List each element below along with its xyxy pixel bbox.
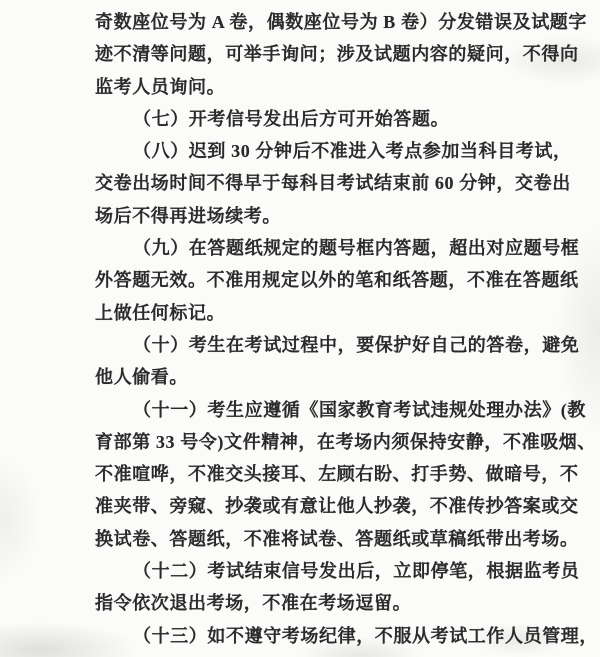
text-line: 准夹带、旁窥、抄袭或有意让他人抄袭，不准传抄答案或交 bbox=[95, 490, 591, 522]
text-line: 迹不清等问题，可举手询问；涉及试题内容的疑问，不得向 bbox=[95, 38, 591, 70]
text-line: 换试卷、答题纸，不准将试卷、答题纸或草稿纸带出考场。 bbox=[95, 523, 591, 555]
text-line: 交卷出场时间不得早于每科目考试结束前 60 分钟，交卷出 bbox=[95, 167, 591, 199]
text-line: 外答题无效。不准用规定以外的笔和纸答题，不准在答题纸 bbox=[95, 264, 591, 296]
text-line: （九）在答题纸规定的题号框内答题，超出对应题号框 bbox=[95, 232, 591, 264]
text-line: （八）迟到 30 分钟后不准进入考点参加当科目考试， bbox=[95, 135, 591, 167]
text-line: 监考人员询问。 bbox=[95, 71, 591, 103]
text-line: 场后不得再进场续考。 bbox=[95, 200, 591, 232]
text-line: （十一）考生应遵循《国家教育考试违规处理办法》(教 bbox=[95, 394, 591, 426]
text-line: （七）开考信号发出后方可开始答题。 bbox=[95, 103, 591, 135]
text-line: 上做任何标记。 bbox=[95, 297, 591, 329]
document-page: 奇数座位号为 A 卷，偶数座位号为 B 卷）分发错误及试题字 迹不清等问题，可举… bbox=[0, 0, 600, 657]
text-line: （十）考生在考试过程中，要保护好自己的答卷，避免 bbox=[95, 329, 591, 361]
text-line: 不准喧哗，不准交头接耳、左顾右盼、打手势、做暗号，不 bbox=[95, 458, 591, 490]
document-text-block: 奇数座位号为 A 卷，偶数座位号为 B 卷）分发错误及试题字 迹不清等问题，可举… bbox=[95, 6, 591, 652]
text-line: 育部第 33 号令)文件精神，在考场内须保持安静，不准吸烟、 bbox=[95, 426, 591, 458]
text-line: 他人偷看。 bbox=[95, 361, 591, 393]
text-line: 奇数座位号为 A 卷，偶数座位号为 B 卷）分发错误及试题字 bbox=[95, 6, 591, 38]
text-line: 指令依次退出考场，不准在考场逗留。 bbox=[95, 587, 591, 619]
text-line: （十二）考试结束信号发出后，立即停笔，根据监考员 bbox=[95, 555, 591, 587]
text-line: （十三）如不遵守考场纪律，不服从考试工作人员管理， bbox=[95, 620, 591, 652]
